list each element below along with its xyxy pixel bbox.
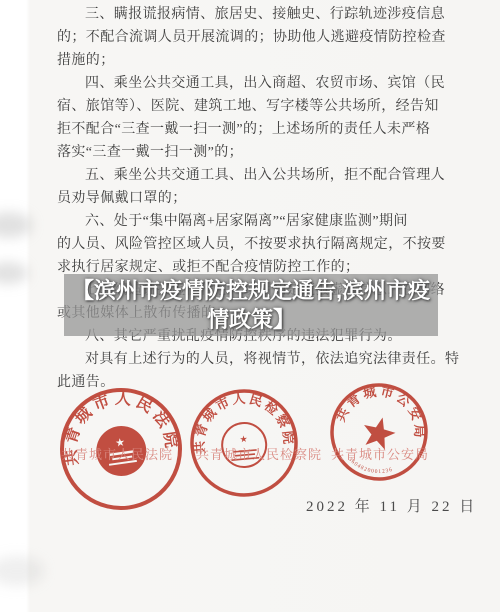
document-line: 落实“三查一戴一扫一测”的； [57, 141, 440, 164]
procuratorate-seal: 共青城市人民检察院 ★ [188, 387, 300, 499]
document-date: 2022 年 11 月 22 日 [306, 495, 477, 516]
seal-caption-court: 共青城市人民法院 [61, 444, 173, 463]
seal-caption-procuratorate: 共青城市人民检察院 [196, 444, 322, 463]
document-line: 三、瞒报谎报病情、旅居史、接触史、行踪轨迹涉疫信息 [57, 3, 440, 26]
document-line: 员劝导佩戴口罩的； [57, 187, 440, 210]
document-line: 四、乘坐公共交通工具，出入商超、农贸市场、宾馆（民 [57, 72, 440, 95]
document-line: 措施的； [57, 49, 440, 72]
svg-text:★: ★ [239, 434, 248, 445]
document-line: 五、乘坐公共交通工具、出入公共场所，拒不配合管理人 [57, 164, 440, 187]
photo-smudge [0, 262, 28, 284]
document-line: 六、处于“集中隔离+居家隔离”“居家健康监测”期间 [57, 210, 440, 233]
police-seal: 共青城市公安局 3604820001236 [328, 381, 430, 483]
photo-smudge [0, 212, 32, 238]
document-line: 对具有上述行为的人员，将视情节，依法追究法律责任。特 [57, 348, 440, 371]
document-line: 的；不配合流调人员开展流调的；协助他人逃避疫情防控检查 [57, 26, 440, 49]
overlay-title-text: 【滨州市疫情防控规定通告,滨州市疫情政策】 [64, 276, 438, 334]
seal-caption-police: 共青城市公安局 [331, 444, 429, 463]
document-page: 三、瞒报谎报病情、旅居史、接触史、行踪轨迹涉疫信息的；不配合流调人员开展流调的；… [0, 0, 500, 612]
document-line: 宿、旅馆等）、医院、建筑工地、写字楼等公共场所，经告知 [57, 95, 440, 118]
document-line: 拒不配合“三查一戴一扫一测”的；上述场所的责任人未严格 [57, 118, 440, 141]
title-overlay: 【滨州市疫情防控规定通告,滨州市疫情政策】 [64, 274, 438, 336]
document-line: 的人员、风险管控区域人员，不按要求执行隔离规定，不按要 [57, 233, 440, 256]
photo-smudge [0, 556, 44, 586]
